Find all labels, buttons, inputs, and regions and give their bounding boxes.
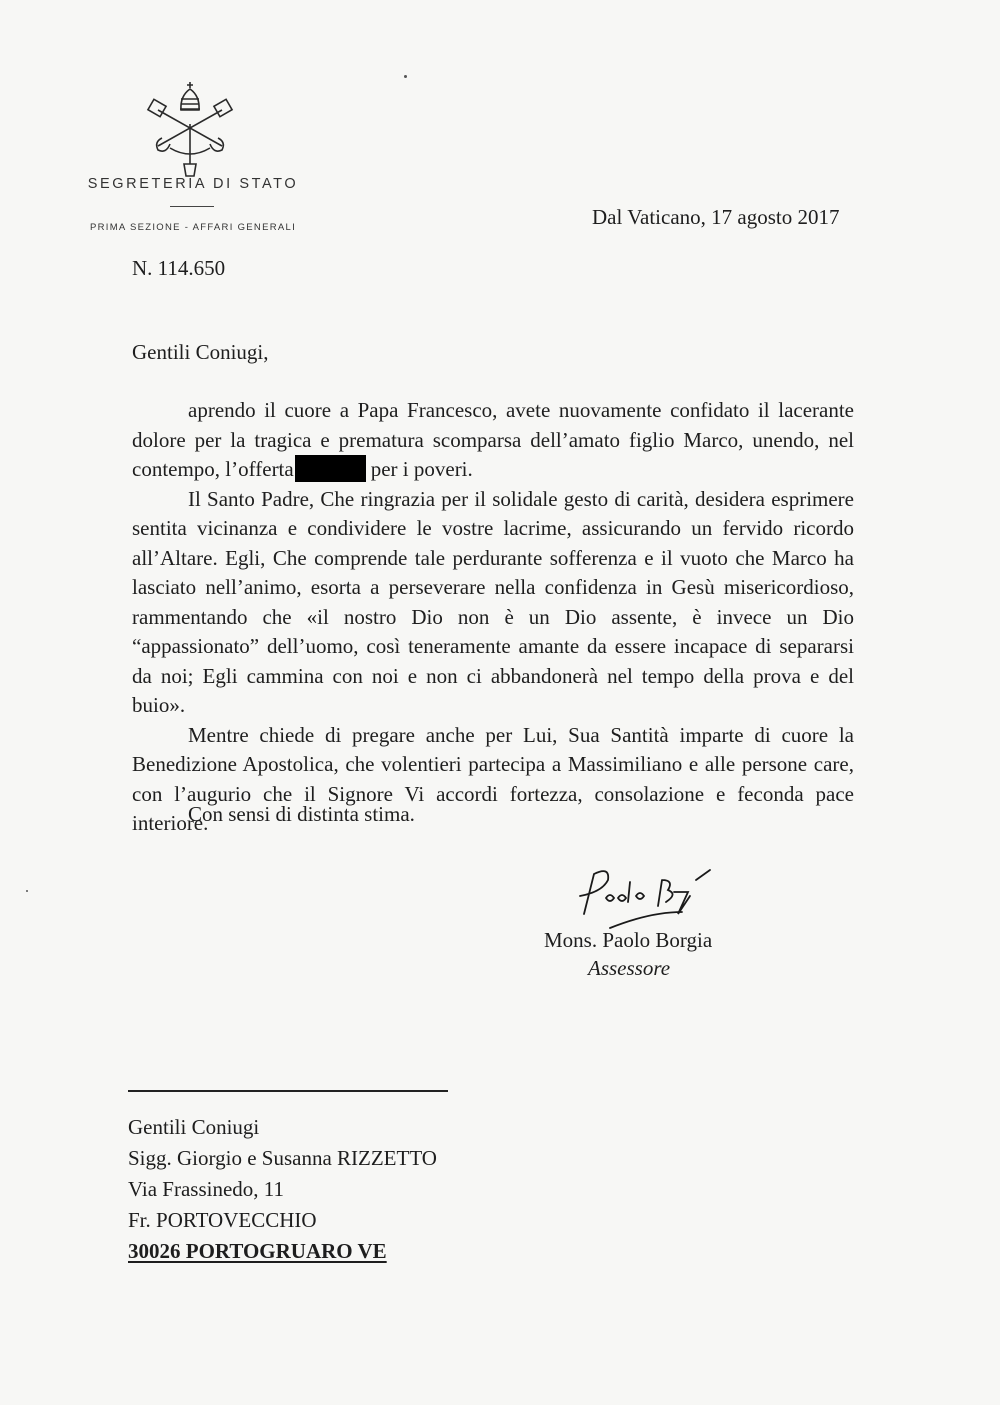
protocol-number: N. 114.650: [132, 256, 225, 281]
letter-body: aprendo il cuore a Papa Francesco, avete…: [132, 396, 854, 839]
address-line-4: Fr. PORTOVECCHIO: [128, 1205, 437, 1236]
signer-title: Assessore: [588, 956, 670, 981]
paragraph-1-end: per i poveri.: [371, 457, 473, 481]
redaction-block: [295, 455, 366, 482]
recipient-address: Gentili Coniugi Sigg. Giorgio e Susanna …: [128, 1112, 437, 1267]
address-line-2: Sigg. Giorgio e Susanna RIZZETTO: [128, 1143, 437, 1174]
scan-speck: [404, 75, 407, 78]
letterhead-title: SEGRETERIA DI STATO: [58, 176, 328, 192]
address-line-1: Gentili Coniugi: [128, 1112, 437, 1143]
signer-name: Mons. Paolo Borgia: [544, 928, 712, 953]
dateline: Dal Vaticano, 17 agosto 2017: [592, 205, 840, 230]
paragraph-2: Il Santo Padre, Che ringrazia per il sol…: [132, 485, 854, 721]
closing: Con sensi di distinta stima.: [188, 802, 415, 827]
letterhead-divider: [170, 206, 214, 207]
handwritten-signature: [570, 862, 730, 934]
papal-emblem-icon: [140, 80, 240, 180]
address-line-5: 30026 PORTOGRUARO VE: [128, 1236, 437, 1267]
paragraph-1-text: aprendo il cuore a Papa Francesco, avete…: [132, 398, 854, 481]
scan-speck: [26, 890, 28, 892]
paragraph-1: aprendo il cuore a Papa Francesco, avete…: [132, 396, 854, 485]
letterhead-subtitle: PRIMA SEZIONE - AFFARI GENERALI: [58, 222, 328, 233]
address-line-3: Via Frassinedo, 11: [128, 1174, 437, 1205]
salutation: Gentili Coniugi,: [132, 340, 269, 365]
address-divider: [128, 1090, 448, 1092]
